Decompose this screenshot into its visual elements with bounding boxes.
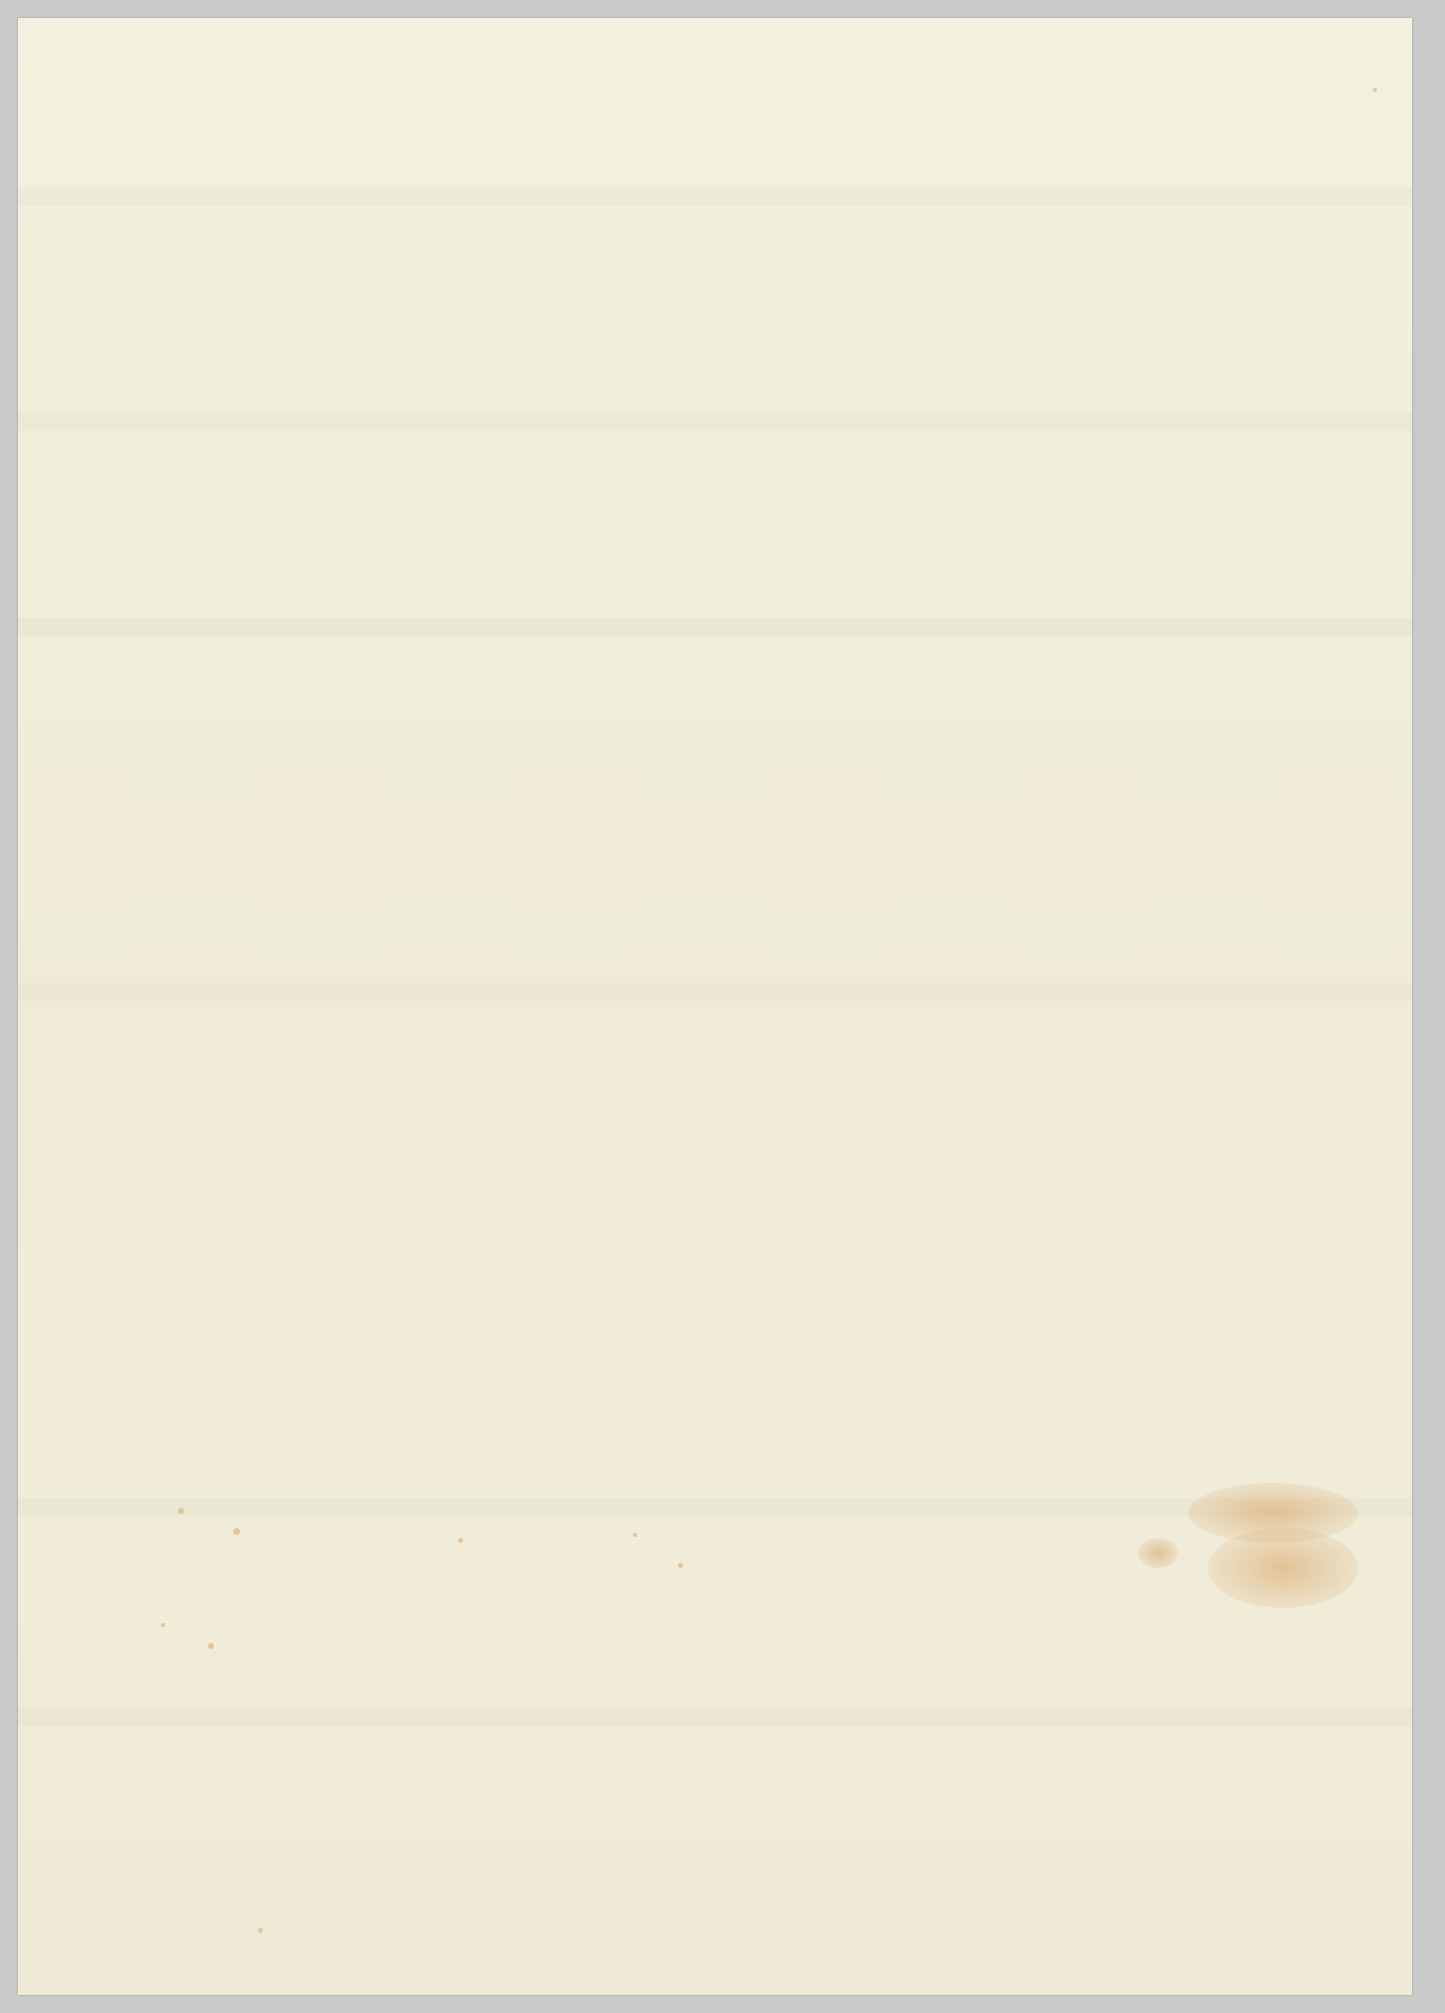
paper-fold-band: [18, 983, 1412, 1001]
paper-fold-band: [18, 188, 1412, 206]
foxing-stain: [1208, 1528, 1358, 1608]
foxing-stain: [1138, 1538, 1178, 1568]
foxing-spot: [208, 1643, 214, 1649]
paper-sheet: [18, 18, 1412, 1995]
foxing-spot: [233, 1528, 240, 1535]
paper-fold-band: [18, 618, 1412, 636]
foxing-spot: [161, 1623, 165, 1627]
foxing-spot: [678, 1563, 683, 1568]
paper-fold-band: [18, 413, 1412, 431]
paper-fold-band: [18, 1708, 1412, 1726]
foxing-spot: [258, 1928, 263, 1933]
foxing-spot: [633, 1533, 637, 1537]
foxing-spot: [458, 1538, 463, 1543]
foxing-spot: [178, 1508, 184, 1514]
foxing-spot: [1373, 88, 1377, 92]
